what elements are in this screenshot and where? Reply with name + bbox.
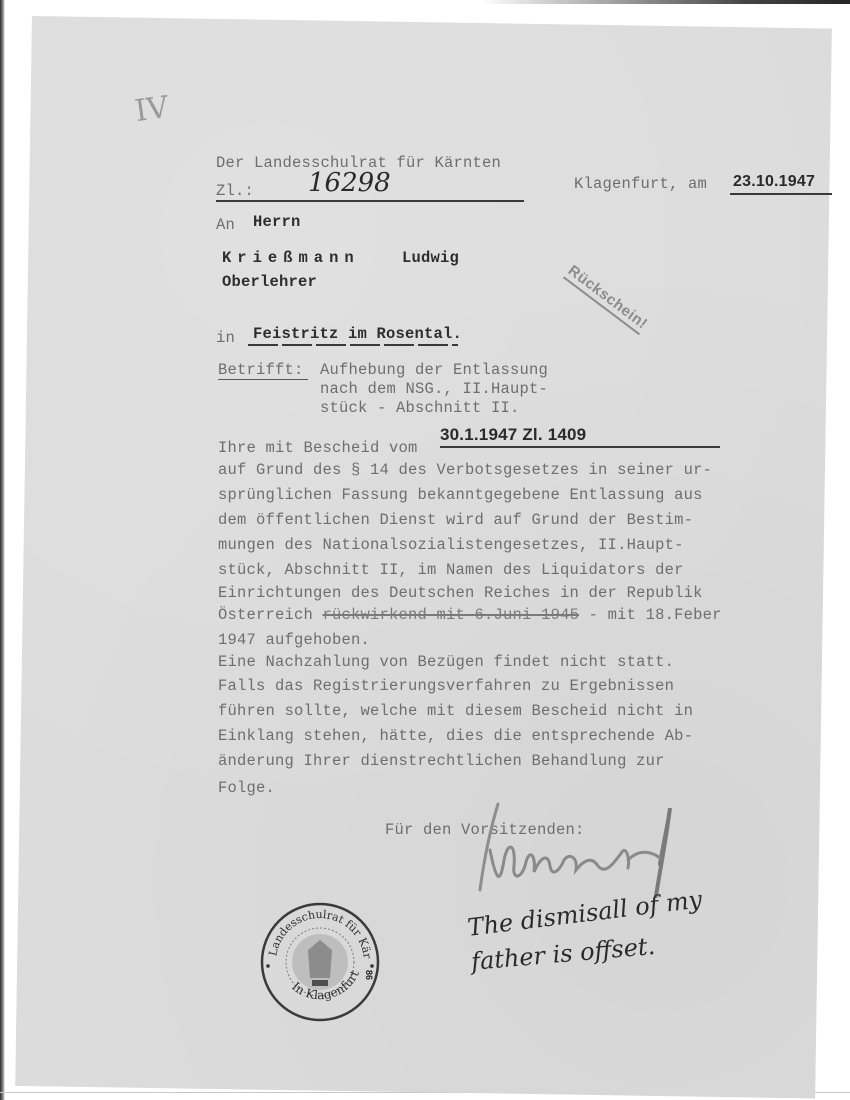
body-line-3: dem öffentlichen Dienst wird auf Grund d… [218,512,693,529]
official-seal: Landesschulrat für Kärnten In Klagenfurt… [258,900,382,1024]
oesterreich-text: Österreich [218,606,313,624]
body-line-2: sprünglichen Fassung bekanntgegebene Ent… [218,487,703,504]
subject-label: Betrifft: [218,362,304,379]
document-date: 23.10.1947 [733,173,815,190]
margin-roman-numeral: IV [133,90,171,129]
closing-line-3: führen sollte, welche mit diesem Beschei… [218,703,693,720]
body-line-6: Einrichtungen des Deutschen Reiches in d… [218,585,703,602]
handwritten-note-line-2: father is offset. [470,932,656,976]
closing-line-4: Einklang stehen, hätte, dies die entspre… [218,728,693,745]
location-underline [248,344,458,346]
addressee-rank: Oberlehrer [222,274,317,291]
body-reference: 30.1.1947 Zl. 1409 [440,426,586,443]
body-intro: Ihre mit Bescheid vom [218,440,418,457]
addressee-location: Feistritz im Rosental. [253,326,462,343]
addressee-surname: Krießmann [222,250,360,267]
subject-line-3: stück - Abschnitt II. [320,400,520,417]
addressee-firstname: Ludwig [402,250,459,267]
struck-through-text: rückwirkend mit 6.Juni 1945 [323,606,580,624]
body-reference-underline [440,446,720,448]
seal-side-mark: 86 [364,970,374,980]
body-line-4: mungen des Nationalsozialistengesetzes, … [218,537,684,554]
body-line-oesterreich: Österreich rückwirkend mit 6.Juni 1945 -… [218,607,722,624]
effective-date-text: - mit 18.Feber [589,606,722,624]
closing-line-2: Falls das Registrierungsverfahren zu Erg… [218,678,674,695]
closing-line-1: Eine Nachzahlung von Bezügen findet nich… [218,654,674,671]
file-ref-label: Zl.: [216,183,254,200]
subject-line-2: nach dem NSG., II.Haupt- [320,381,548,398]
body-line-1: auf Grund des § 14 des Verbotsgesetzes i… [218,462,712,479]
addressee-salutation: An [216,217,235,234]
file-ref-number: 16298 [308,168,391,198]
subject-label-underline [218,379,308,380]
closing-line-5: änderung Ihrer dienstrechtlichen Behandl… [218,753,665,770]
date-underline [730,193,832,195]
document-content: IV Der Landesschulrat für Kärnten Zl.: 1… [0,0,850,1100]
body-line-5: stück, Abschnitt II, im Namen des Liquid… [218,562,684,579]
rueckschein-stamp: Rückschein! [563,262,651,335]
file-ref-underline [216,200,524,202]
body-line-aufgehoben: 1947 aufgehoben. [218,632,370,649]
place-date-label: Klagenfurt, am [574,176,707,193]
location-prefix: in [216,330,235,347]
closing-line-6: Folge. [218,780,275,797]
addressee-title: Herrn [253,214,301,231]
subject-line-1: Aufhebung der Entlassung [320,362,548,379]
